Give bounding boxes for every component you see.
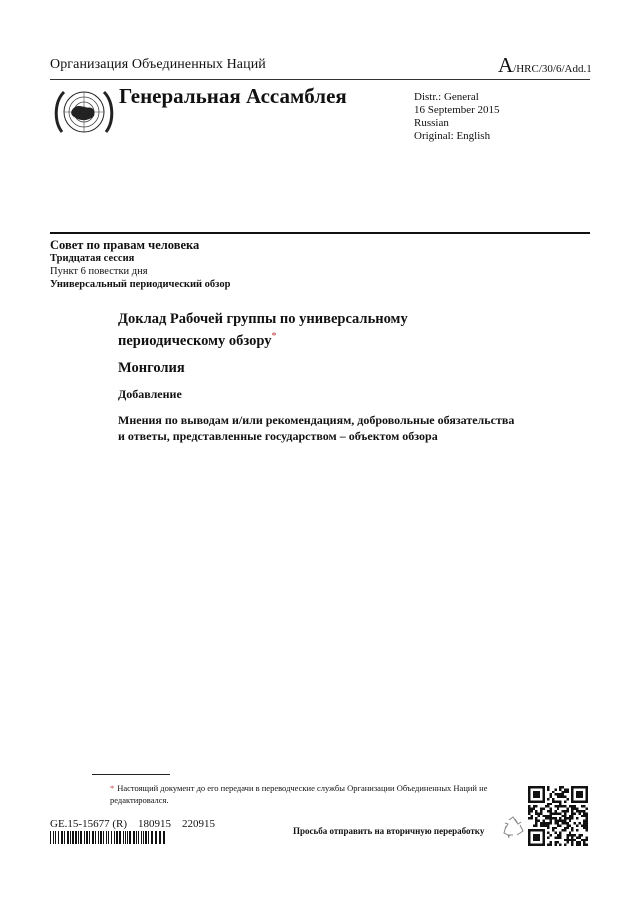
agenda-item: Пункт 6 повестки дня — [50, 265, 230, 278]
council-block: Совет по правам человека Тридцатая сесси… — [50, 239, 230, 291]
recycle-text: Просьба отправить на вторичную переработ… — [293, 826, 484, 836]
organization-name: Организация Объединенных Наций — [50, 57, 266, 73]
barcode-icon — [50, 831, 168, 844]
topic: Универсальный периодический обзор — [50, 278, 230, 291]
header-rule — [50, 79, 590, 80]
council-name: Совет по правам человека — [50, 239, 230, 252]
footnote-text: Настоящий документ до его передачи в пер… — [110, 783, 487, 805]
footnote: *Настоящий документ до его передачи в пе… — [110, 782, 520, 806]
footnote-rule — [92, 774, 170, 775]
symbol-rest: /HRC/30/6/Add.1 — [513, 63, 592, 75]
report-block: Доклад Рабочей группы по универсальному … — [118, 311, 518, 444]
report-title-text: Доклад Рабочей группы по универсальному … — [118, 311, 408, 349]
report-title: Доклад Рабочей группы по универсальному … — [118, 311, 518, 350]
distribution-block: Distr.: General 16 September 2015 Russia… — [414, 91, 500, 143]
footnote-marker[interactable]: * — [271, 331, 276, 342]
qr-code-icon — [528, 786, 588, 846]
distribution-line: Distr.: General — [414, 91, 500, 104]
un-emblem-icon — [52, 84, 116, 140]
job-number: GE.15-15677 (R) 180915 220915 — [50, 818, 215, 830]
language-line: Russian — [414, 117, 500, 130]
country-name: Монголия — [118, 360, 518, 377]
document-symbol: A/HRC/30/6/Add.1 — [498, 53, 592, 78]
recycle-icon — [501, 815, 525, 839]
report-subtitle: Мнения по выводам и/или рекомендациям, д… — [118, 412, 518, 444]
session: Тридцатая сессия — [50, 252, 230, 265]
addendum-label: Добавление — [118, 387, 518, 402]
section-rule — [50, 232, 590, 234]
date-line: 16 September 2015 — [414, 104, 500, 117]
general-assembly-title: Генеральная Ассамблея — [119, 84, 347, 109]
footnote-star: * — [110, 783, 114, 793]
original-language-line: Original: English — [414, 130, 500, 143]
symbol-prefix: A — [498, 53, 513, 77]
